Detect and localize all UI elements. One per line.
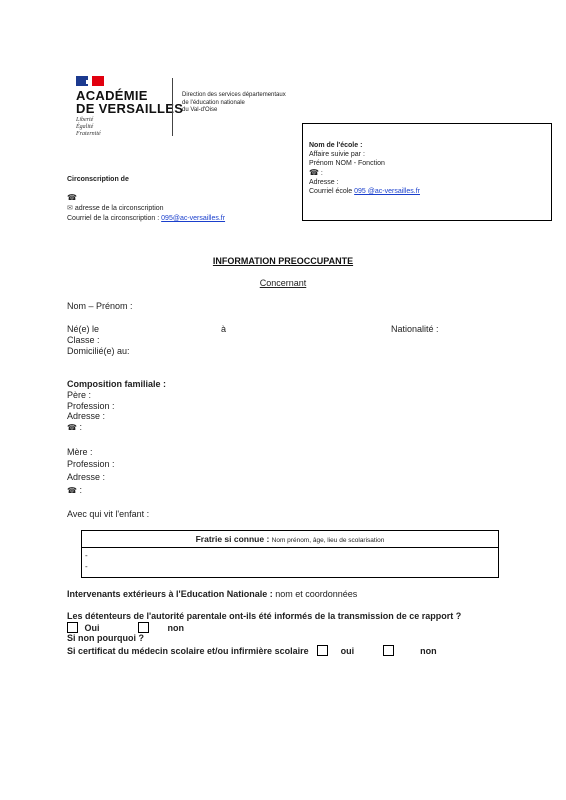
classe-label: Classe : bbox=[67, 335, 100, 346]
person-label: Prénom NOM - Fonction bbox=[309, 159, 545, 168]
school-name-label: Nom de l'école : bbox=[309, 141, 545, 150]
fratrie-row: - bbox=[85, 561, 498, 572]
cert-oui-checkbox[interactable] bbox=[317, 645, 328, 656]
domicile-label: Domicilié(e) au: bbox=[67, 346, 130, 357]
ne-le-label: Né(e) le bbox=[67, 324, 99, 335]
direction-line: Direction des services départementaux bbox=[182, 92, 286, 100]
pere-adresse-label: Adresse : bbox=[67, 411, 105, 422]
circonscription-info: ☎ ✉ adresse de la circonscription Courri… bbox=[67, 193, 225, 224]
logo-motto: Liberté Égalité Fraternité bbox=[76, 117, 101, 138]
mere-phone-line: ☎ : bbox=[67, 485, 82, 496]
lieu-naissance-label: à bbox=[221, 324, 226, 335]
document-subtitle: Concernant bbox=[0, 278, 566, 288]
intervenants-line: Intervenants extérieurs à l'Education Na… bbox=[67, 589, 357, 600]
republic-flag-logo bbox=[76, 76, 104, 86]
fratrie-table: Fratrie si connue : Nom prénom, âge, lie… bbox=[81, 530, 499, 578]
direction-line: de l'éducation nationale bbox=[182, 100, 286, 108]
motto-liberte: Liberté bbox=[76, 117, 101, 124]
oui-label: Oui bbox=[85, 623, 100, 633]
circonscription-title: Circonscription de bbox=[67, 176, 129, 183]
composition-familiale-heading: Composition familiale : bbox=[67, 379, 166, 390]
phone-icon: ☎ bbox=[67, 193, 77, 202]
motto-fraternite: Fraternité bbox=[76, 131, 101, 138]
motto-egalite: Égalité bbox=[76, 124, 101, 131]
school-address-label: Adresse : bbox=[309, 178, 545, 187]
phone-icon: ☎ bbox=[67, 486, 77, 495]
fratrie-body[interactable]: - - bbox=[82, 548, 498, 572]
logo-divider bbox=[172, 78, 173, 136]
phone-icon: ☎ bbox=[67, 423, 77, 432]
direction-line: du Val-d'Oise bbox=[182, 107, 286, 115]
circ-email-label: Courriel de la circonscription : bbox=[67, 215, 159, 222]
fratrie-hint: Nom prénom, âge, lieu de scolarisation bbox=[272, 537, 385, 544]
certificat-line: Si certificat du médecin scolaire et/ou … bbox=[67, 645, 437, 657]
direction-label: Direction des services départementaux de… bbox=[182, 92, 286, 115]
pere-phone-label: : bbox=[79, 422, 82, 432]
non-label: non bbox=[168, 623, 185, 633]
nationalite-label: Nationalité : bbox=[391, 324, 439, 335]
document-title: INFORMATION PREOCCUPANTE bbox=[0, 256, 566, 266]
lives-with-label: Avec qui vit l'enfant : bbox=[67, 509, 149, 520]
school-email-line: Courriel école 095 @ac-versailles.fr bbox=[309, 187, 545, 196]
affaire-label: Affaire suivie par : bbox=[309, 150, 545, 159]
mere-label: Mère : bbox=[67, 447, 93, 458]
phone-icon: ☎ bbox=[309, 168, 319, 177]
pere-phone-line: ☎ : bbox=[67, 422, 82, 433]
non-checkbox[interactable] bbox=[138, 622, 149, 633]
school-email-link[interactable]: 095 @ac-versailles.fr bbox=[354, 188, 420, 195]
pere-label: Père : bbox=[67, 390, 91, 401]
fratrie-header: Fratrie si connue : Nom prénom, âge, lie… bbox=[82, 531, 498, 548]
cert-oui-label: oui bbox=[341, 646, 355, 656]
nom-prenom-label: Nom – Prénom : bbox=[67, 301, 133, 312]
parental-question: Les détenteurs de l'autorité parentale o… bbox=[67, 611, 461, 622]
school-email-label: Courriel école bbox=[309, 188, 352, 195]
why-label: Si non pourquoi ? bbox=[67, 633, 144, 644]
cert-non-checkbox[interactable] bbox=[383, 645, 394, 656]
school-phone-line: ☎ : bbox=[309, 168, 545, 178]
logo-versailles: DE VERSAILLES bbox=[76, 101, 183, 116]
oui-checkbox[interactable] bbox=[67, 622, 78, 633]
school-info-box: Nom de l'école : Affaire suivie par : Pr… bbox=[302, 123, 552, 221]
cert-non-label: non bbox=[420, 646, 437, 656]
mere-phone-label: : bbox=[79, 485, 82, 495]
fratrie-heading: Fratrie si connue : bbox=[196, 534, 270, 544]
intervenants-hint: nom et coordonnées bbox=[275, 589, 357, 599]
school-phone-label: : bbox=[321, 170, 323, 177]
fratrie-row: - bbox=[85, 550, 498, 561]
circ-email-link[interactable]: 095@ac-versailles.fr bbox=[161, 215, 225, 222]
mere-profession-label: Profession : bbox=[67, 459, 115, 470]
intervenants-label: Intervenants extérieurs à l'Education Na… bbox=[67, 589, 273, 599]
envelope-icon: ✉ bbox=[67, 205, 73, 212]
mere-adresse-label: Adresse : bbox=[67, 472, 105, 483]
circ-address: adresse de la circonscription bbox=[75, 205, 164, 212]
certificat-label: Si certificat du médecin scolaire et/ou … bbox=[67, 646, 309, 656]
